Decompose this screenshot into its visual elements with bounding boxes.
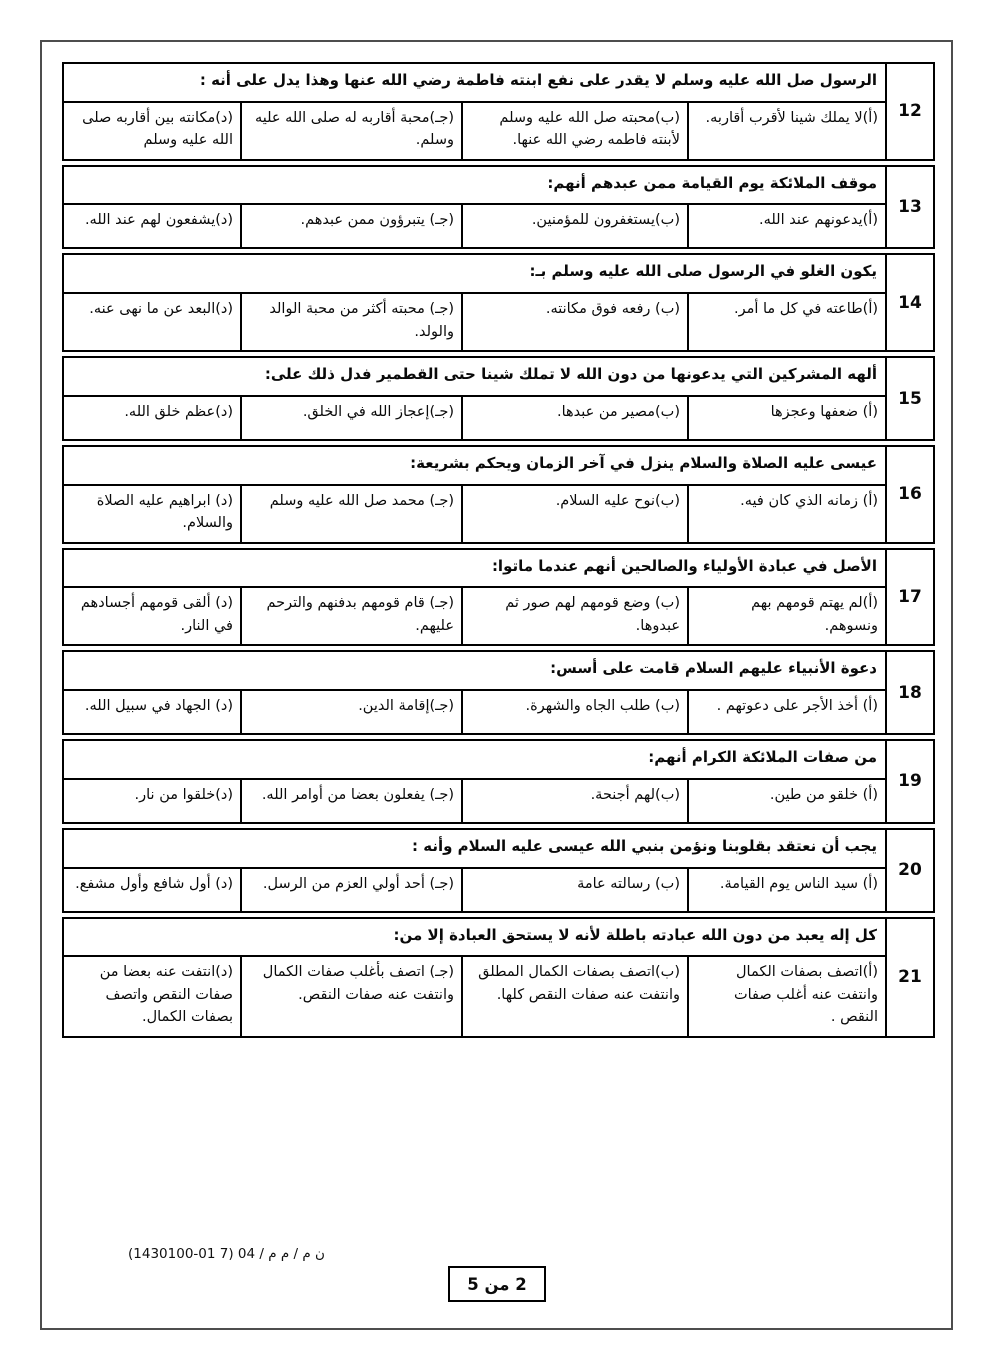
option-b: (ب)نوح عليه السلام. <box>463 486 689 542</box>
option-c: (جـ) قام قومهم بدفنهم والترحم عليهم. <box>242 588 463 644</box>
option-a: (أ)يدعونهم عند الله. <box>689 205 885 247</box>
options-row: (أ)لا يملك شينا لأقرب أقاربه. (ب)محبته ص… <box>64 101 885 159</box>
question-text: موقف الملائكة يوم القيامة ممن عبدهم أنهم… <box>64 167 885 204</box>
option-b: (ب)لهم أجنحة. <box>463 780 689 822</box>
question-body: من صفات الملائكة الكرام أنهم: (أ) خلقو م… <box>64 741 885 822</box>
question-body: كل إله يعبد من دون الله عبادته باطلة لأن… <box>64 919 885 1036</box>
options-row: (أ) خلقو من طين. (ب)لهم أجنحة. (جـ) يفعل… <box>64 778 885 822</box>
option-c: (جـ)إقامة الدين. <box>242 691 463 733</box>
question-text: الأصل في عبادة الأولياء والصالحين أنهم ع… <box>64 550 885 587</box>
option-d: (د) ألقى قومهم أجسادهم في النار. <box>64 588 242 644</box>
question-text: عيسى عليه الصلاة والسلام ينزل في آخر الز… <box>64 447 885 484</box>
option-b: (ب) رفعه فوق مكانته. <box>463 294 689 350</box>
questions-table: 12 الرسول صل الله عليه وسلم لا يقدر على … <box>62 62 935 1042</box>
option-a: (أ) زمانه الذي كان فيه. <box>689 486 885 542</box>
question-number: 17 <box>885 550 933 645</box>
options-row: (أ) أخذ الأجر على دعوتهم . (ب) طلب الجاه… <box>64 689 885 733</box>
question-body: دعوة الأنبياء عليهم السلام قامت على أسس:… <box>64 652 885 733</box>
option-a: (أ)لا يملك شينا لأقرب أقاربه. <box>689 103 885 159</box>
exam-page: { "page": { "footer_code": "ن م / م م / … <box>0 0 992 1370</box>
option-d: (د) أول شافع وأول مشفع. <box>64 869 242 911</box>
option-c: (جـ) يتبرؤون ممن عبدهم. <box>242 205 463 247</box>
option-a: (أ) أخذ الأجر على دعوتهم . <box>689 691 885 733</box>
options-row: (أ)طاعته في كل ما أمر. (ب) رفعه فوق مكان… <box>64 292 885 350</box>
options-row: (أ) سيد الناس يوم القيامة. (ب) رسالته عا… <box>64 867 885 911</box>
option-d: (د)عظم خلق الله. <box>64 397 242 439</box>
option-d: (د) الجهاد في سبيل الله. <box>64 691 242 733</box>
options-row: (أ)يدعونهم عند الله. (ب)يستغفرون للمؤمني… <box>64 203 885 247</box>
question-block: 18 دعوة الأنبياء عليهم السلام قامت على أ… <box>62 650 935 735</box>
question-text: دعوة الأنبياء عليهم السلام قامت على أسس: <box>64 652 885 689</box>
option-d: (د)انتفت عنه بعضا من صفات النقص واتصف بص… <box>64 957 242 1035</box>
question-number: 20 <box>885 830 933 911</box>
option-c: (جـ) يفعلون بعضا من أوامر الله. <box>242 780 463 822</box>
option-b: (ب)مصير من عبدها. <box>463 397 689 439</box>
option-c: (جـ)محبة أقاربه له صلى الله عليه وسلم. <box>242 103 463 159</box>
option-c: (جـ) أحد أولي العزم من الرسل. <box>242 869 463 911</box>
options-row: (أ)لم يهتم قومهم بهم ونسوهم. (ب) وضع قوم… <box>64 586 885 644</box>
question-body: موقف الملائكة يوم القيامة ممن عبدهم أنهم… <box>64 167 885 248</box>
option-a: (أ)طاعته في كل ما أمر. <box>689 294 885 350</box>
question-body: الأصل في عبادة الأولياء والصالحين أنهم ع… <box>64 550 885 645</box>
option-d: (د) ابراهيم عليه الصلاة والسلام. <box>64 486 242 542</box>
option-a: (أ) خلقو من طين. <box>689 780 885 822</box>
question-text: يجب أن نعتقد بقلوبنا ونؤمن بنبي الله عيس… <box>64 830 885 867</box>
option-c: (جـ) محمد صل الله عليه وسلم <box>242 486 463 542</box>
page-number: 2 من 5 <box>467 1275 527 1294</box>
question-number: 12 <box>885 64 933 159</box>
question-body: يكون الغلو في الرسول صلى الله عليه وسلم … <box>64 255 885 350</box>
option-b: (ب)محبته صل الله عليه وسلم لأبنته فاطمه … <box>463 103 689 159</box>
question-block: 16 عيسى عليه الصلاة والسلام ينزل في آخر … <box>62 445 935 544</box>
option-a: (أ)اتصف بصفات الكمال وانتفت عنه أغلب صفا… <box>689 957 885 1035</box>
option-a: (أ) سيد الناس يوم القيامة. <box>689 869 885 911</box>
option-d: (د)مكانته بين أقاربه صلى الله عليه وسلم <box>64 103 242 159</box>
question-text: كل إله يعبد من دون الله عبادته باطلة لأن… <box>64 919 885 956</box>
question-block: 19 من صفات الملائكة الكرام أنهم: (أ) خلق… <box>62 739 935 824</box>
question-text: يكون الغلو في الرسول صلى الله عليه وسلم … <box>64 255 885 292</box>
question-number: 13 <box>885 167 933 248</box>
question-number: 14 <box>885 255 933 350</box>
options-row: (أ)اتصف بصفات الكمال وانتفت عنه أغلب صفا… <box>64 955 885 1035</box>
option-a: (أ)لم يهتم قومهم بهم ونسوهم. <box>689 588 885 644</box>
question-body: يجب أن نعتقد بقلوبنا ونؤمن بنبي الله عيس… <box>64 830 885 911</box>
option-b: (ب)يستغفرون للمؤمنين. <box>463 205 689 247</box>
option-c: (جـ)إعجاز الله في الخلق. <box>242 397 463 439</box>
option-c: (جـ) محبته أكثر من محبة الوالد والولد. <box>242 294 463 350</box>
question-text: ألهه المشركين التي يدعونها من دون الله ل… <box>64 358 885 395</box>
question-body: ألهه المشركين التي يدعونها من دون الله ل… <box>64 358 885 439</box>
option-c: (جـ) اتصف بأغلب صفات الكمال وانتفت عنه ص… <box>242 957 463 1035</box>
question-number: 21 <box>885 919 933 1036</box>
option-b: (ب)اتصف بصفات الكمال المطلق وانتفت عنه ص… <box>463 957 689 1035</box>
option-b: (ب) رسالته عامة <box>463 869 689 911</box>
question-body: الرسول صل الله عليه وسلم لا يقدر على نفع… <box>64 64 885 159</box>
option-b: (ب) طلب الجاه والشهرة. <box>463 691 689 733</box>
question-block: 14 يكون الغلو في الرسول صلى الله عليه وس… <box>62 253 935 352</box>
question-block: 12 الرسول صل الله عليه وسلم لا يقدر على … <box>62 62 935 161</box>
question-block: 20 يجب أن نعتقد بقلوبنا ونؤمن بنبي الله … <box>62 828 935 913</box>
option-d: (د)خلقوا من نار. <box>64 780 242 822</box>
question-block: 17 الأصل في عبادة الأولياء والصالحين أنه… <box>62 548 935 647</box>
question-block: 21 كل إله يعبد من دون الله عبادته باطلة … <box>62 917 935 1038</box>
option-d: (د)يشفعون لهم عند الله. <box>64 205 242 247</box>
option-a: (أ) ضعفها وعجزها <box>689 397 885 439</box>
option-b: (ب) وضع قومهم لهم صور ثم عبدوها. <box>463 588 689 644</box>
page-number-box: 2 من 5 <box>448 1266 546 1302</box>
question-body: عيسى عليه الصلاة والسلام ينزل في آخر الز… <box>64 447 885 542</box>
question-number: 18 <box>885 652 933 733</box>
options-row: (أ) ضعفها وعجزها (ب)مصير من عبدها. (جـ)إ… <box>64 395 885 439</box>
document-code: ن م / م م / 04 (7 01-1430100) <box>128 1246 325 1262</box>
question-number: 16 <box>885 447 933 542</box>
question-number: 15 <box>885 358 933 439</box>
question-text: الرسول صل الله عليه وسلم لا يقدر على نفع… <box>64 64 885 101</box>
question-block: 13 موقف الملائكة يوم القيامة ممن عبدهم أ… <box>62 165 935 250</box>
options-row: (أ) زمانه الذي كان فيه. (ب)نوح عليه السل… <box>64 484 885 542</box>
question-block: 15 ألهه المشركين التي يدعونها من دون الل… <box>62 356 935 441</box>
question-text: من صفات الملائكة الكرام أنهم: <box>64 741 885 778</box>
question-number: 19 <box>885 741 933 822</box>
option-d: (د)البعد عن ما نهى عنه. <box>64 294 242 350</box>
